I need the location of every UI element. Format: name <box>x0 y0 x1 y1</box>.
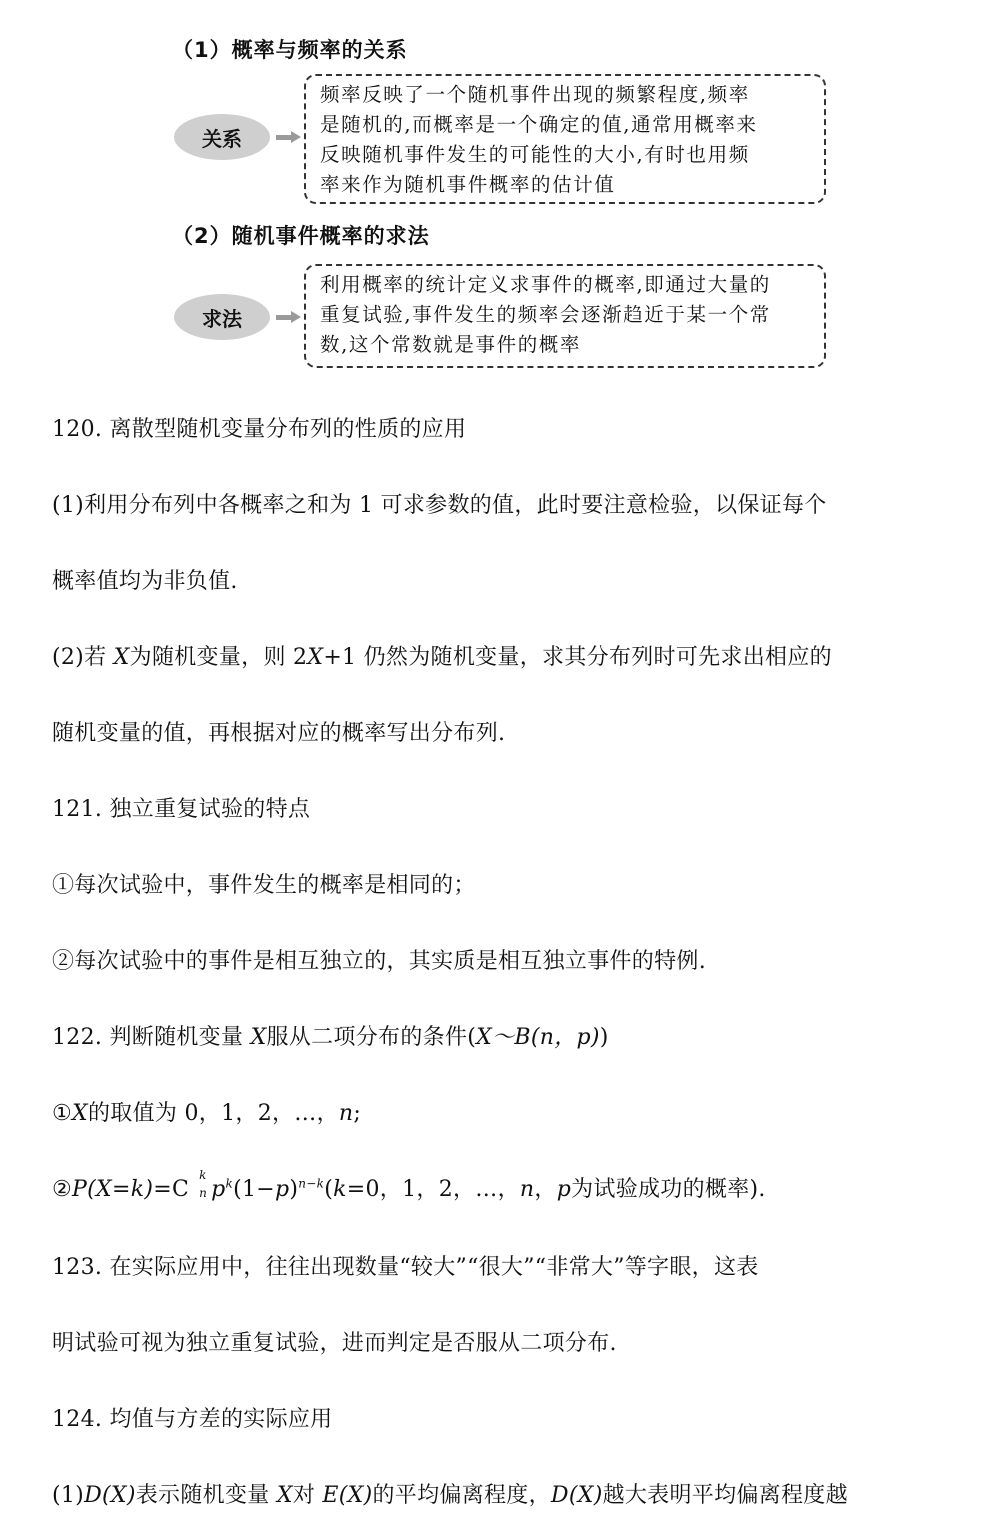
box-line: 重复试验,事件发生的频率会逐渐趋近于某一个常 <box>320 300 814 330</box>
box-line: 数,这个常数就是事件的概率 <box>320 330 814 360</box>
item-124-point1: (1)D(X)表示随机变量 X对 E(X)的平均偏离程度，D(X)越大表明平均偏… <box>52 1478 848 1509</box>
item-120-point1-line1: (1)利用分布列中各概率之和为 1 可求参数的值，此时要注意检验，以保证每个 <box>52 488 827 519</box>
box-line: 是随机的,而概率是一个确定的值,通常用概率来 <box>320 110 814 140</box>
item-120-point2-line1: (2)若 X为随机变量，则 2X+1 仍然为随机变量，求其分布列时可先求出相应的 <box>52 640 832 671</box>
section-title-frequency-relation: （1）概率与频率的关系 <box>172 34 408 64</box>
item-124-heading: 124. 均值与方差的实际应用 <box>52 1402 332 1433</box>
item-122-point2-formula: ②P(X=k)=Cknpk(1−p)n−k(k=0，1，2，…，n，p为试验成功… <box>52 1172 766 1203</box>
section-title-probability-method: （2）随机事件概率的求法 <box>172 220 430 250</box>
box-line: 利用概率的统计定义求事件的概率,即通过大量的 <box>320 270 814 300</box>
item-122-point1: ①X的取值为 0，1，2，…，n; <box>52 1096 361 1127</box>
item-121-point1: ①每次试验中，事件发生的概率是相同的； <box>52 868 476 899</box>
item-120-heading: 120. 离散型随机变量分布列的性质的应用 <box>52 412 466 443</box>
label-oval-relation: 关系 <box>174 114 270 160</box>
arrow-right-icon <box>276 311 302 323</box>
label-text: 求法 <box>202 303 242 332</box>
box-line: 反映随机事件发生的可能性的大小,有时也用频 <box>320 140 814 170</box>
item-120-point2-line2: 随机变量的值，再根据对应的概率写出分布列. <box>52 716 505 747</box>
item-121-point2: ②每次试验中的事件是相互独立的，其实质是相互独立事件的特例. <box>52 944 706 975</box>
arrow-right-icon <box>276 131 302 143</box>
box-line: 频率反映了一个随机事件出现的频繁程度,频率 <box>320 80 814 110</box>
dashed-box-method: 利用概率的统计定义求事件的概率,即通过大量的 重复试验,事件发生的频率会逐渐趋近… <box>304 264 826 368</box>
label-text: 关系 <box>202 123 242 152</box>
label-oval-method: 求法 <box>174 294 270 340</box>
item-121-heading: 121. 独立重复试验的特点 <box>52 792 310 823</box>
box-line: 率来作为随机事件概率的估计值 <box>320 170 814 200</box>
item-122-heading: 122. 判断随机变量 X服从二项分布的条件(X～B(n，p)) <box>52 1020 609 1051</box>
item-120-point1-line2: 概率值均为非负值. <box>52 564 238 595</box>
item-123-line1: 123. 在实际应用中，往往出现数量“较大”“很大”“非常大”等字眼，这表 <box>52 1250 759 1281</box>
item-123-line2: 明试验可视为独立重复试验，进而判定是否服从二项分布. <box>52 1326 617 1357</box>
dashed-box-relation: 频率反映了一个随机事件出现的频繁程度,频率 是随机的,而概率是一个确定的值,通常… <box>304 74 826 204</box>
